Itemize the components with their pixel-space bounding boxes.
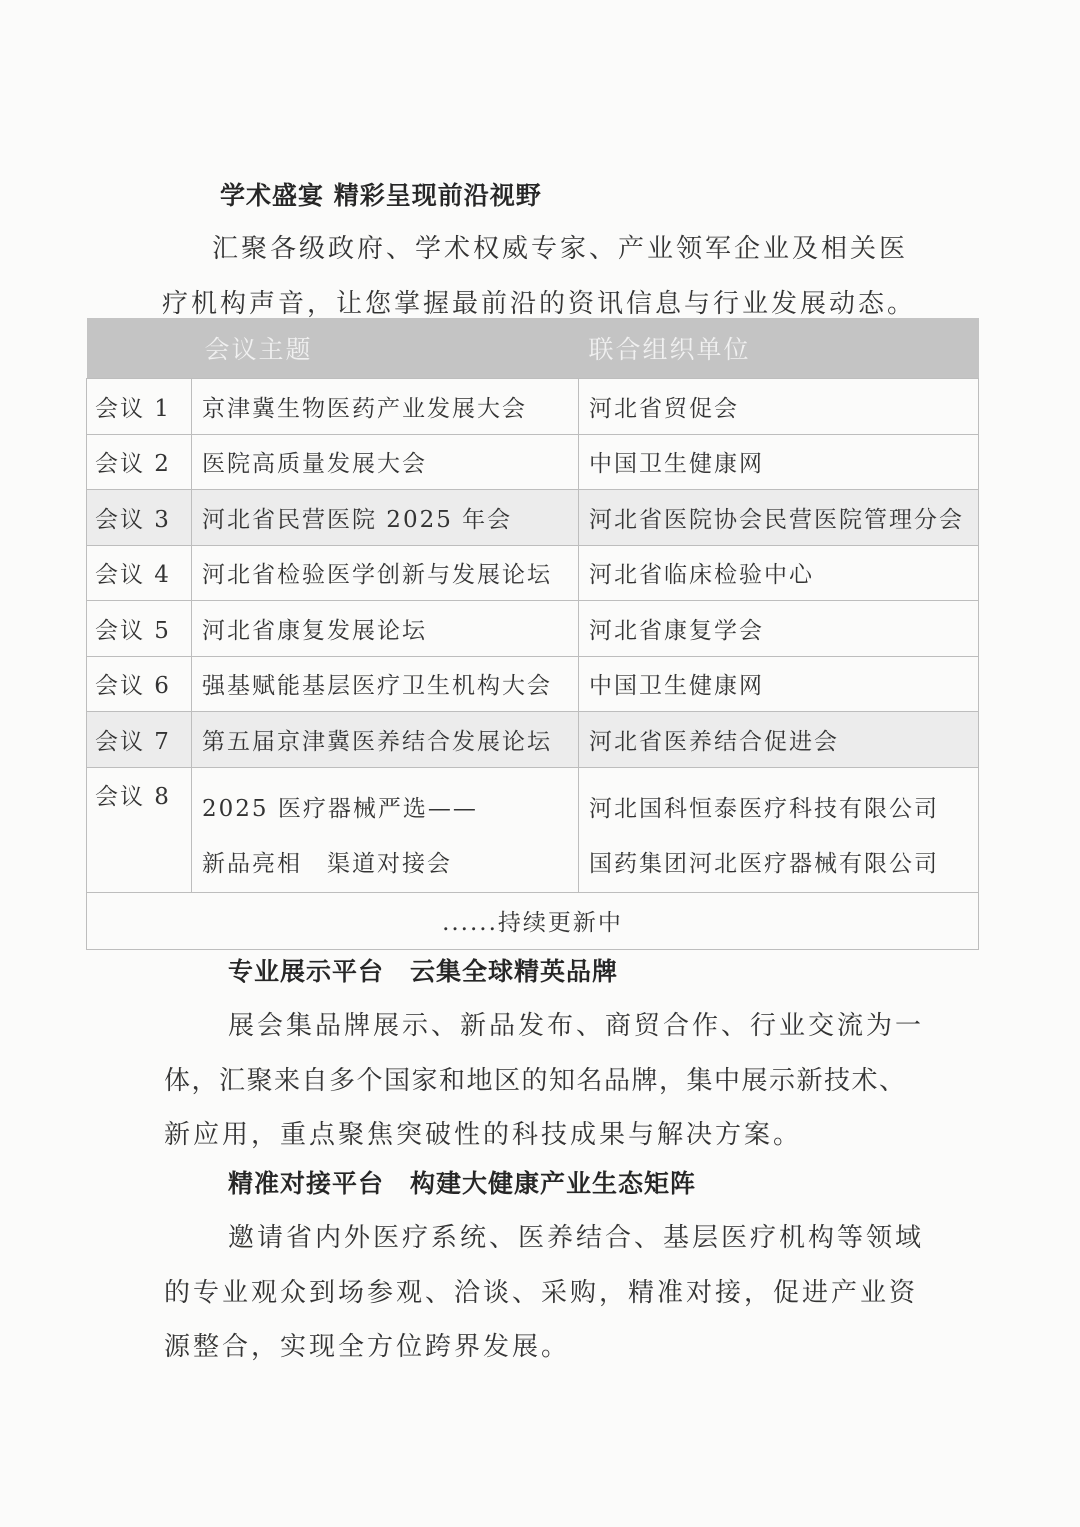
table-row: 会议 1 京津冀生物医药产业发展大会 河北省贸促会 (87, 379, 979, 435)
row-topic: 医院高质量发展大会 (192, 434, 579, 490)
row-topic: 2025 医疗器械严选—— 新品亮相 渠道对接会 (192, 767, 579, 892)
row-index: 会议 3 (87, 490, 192, 546)
row-topic: 河北省康复发展论坛 (192, 601, 579, 657)
row-organizer: 河北省临床检验中心 (579, 545, 979, 601)
header-organizer: 联合组织单位 (579, 318, 979, 379)
document-page: 学术盛宴 精彩呈现前沿视野 汇聚各级政府、学术权威专家、产业领军企业及相关医 疗… (0, 0, 1080, 1527)
conference-table: 会议主题 联合组织单位 会议 1 京津冀生物医药产业发展大会 河北省贸促会 会议… (86, 318, 979, 950)
section-heading-exhibition: 专业展示平台 云集全球精英品牌 (228, 952, 618, 988)
row-topic-line: 2025 医疗器械严选—— (202, 782, 568, 837)
table-row: 会议 4 河北省检验医学创新与发展论坛 河北省临床检验中心 (87, 545, 979, 601)
table-row: 会议 2 医院高质量发展大会 中国卫生健康网 (87, 434, 979, 490)
paragraph-line: 的专业观众到场参观、洽谈、采购，精准对接，促进产业资 (164, 1272, 918, 1309)
row-organizer: 河北省医院协会民营医院管理分会 (579, 490, 979, 546)
row-organizer: 河北省贸促会 (579, 379, 979, 435)
paragraph-line: 汇聚各级政府、学术权威专家、产业领军企业及相关医 (212, 228, 908, 265)
row-organizer: 中国卫生健康网 (579, 656, 979, 712)
row-index: 会议 5 (87, 601, 192, 657)
row-topic: 河北省民营医院 2025 年会 (192, 490, 579, 546)
row-organizer: 中国卫生健康网 (579, 434, 979, 490)
row-topic-line: 新品亮相 渠道对接会 (202, 837, 568, 892)
paragraph-line: 邀请省内外医疗系统、医养结合、基层医疗机构等领域 (228, 1217, 924, 1254)
table-row: 会议 3 河北省民营医院 2025 年会 河北省医院协会民营医院管理分会 (87, 490, 979, 546)
row-index: 会议 8 (87, 767, 192, 892)
table-footer-text: ......持续更新中 (87, 892, 979, 949)
row-organizer: 河北省康复学会 (579, 601, 979, 657)
section-heading-academic: 学术盛宴 精彩呈现前沿视野 (220, 176, 542, 212)
row-topic: 京津冀生物医药产业发展大会 (192, 379, 579, 435)
paragraph-line: 新应用，重点聚焦突破性的科技成果与解决方案。 (164, 1114, 802, 1151)
table-row: 会议 5 河北省康复发展论坛 河北省康复学会 (87, 601, 979, 657)
header-topic: 会议主题 (87, 318, 579, 379)
row-organizer: 河北国科恒泰医疗科技有限公司 国药集团河北医疗器械有限公司 (579, 767, 979, 892)
row-index: 会议 2 (87, 434, 192, 490)
row-organizer-line: 国药集团河北医疗器械有限公司 (589, 837, 968, 892)
row-topic: 河北省检验医学创新与发展论坛 (192, 545, 579, 601)
table-row: 会议 7 第五届京津冀医养结合发展论坛 河北省医养结合促进会 (87, 712, 979, 768)
table-footer-row: ......持续更新中 (87, 892, 979, 949)
row-organizer: 河北省医养结合促进会 (579, 712, 979, 768)
paragraph-line: 展会集品牌展示、新品发布、商贸合作、行业交流为一 (228, 1005, 924, 1042)
table-row: 会议 8 2025 医疗器械严选—— 新品亮相 渠道对接会 河北国科恒泰医疗科技… (87, 767, 979, 892)
table-header-row: 会议主题 联合组织单位 (87, 318, 979, 379)
row-index: 会议 4 (87, 545, 192, 601)
row-index: 会议 6 (87, 656, 192, 712)
row-index: 会议 1 (87, 379, 192, 435)
row-topic: 强基赋能基层医疗卫生机构大会 (192, 656, 579, 712)
section-heading-matchmaking: 精准对接平台 构建大健康产业生态矩阵 (228, 1164, 696, 1200)
row-topic: 第五届京津冀医养结合发展论坛 (192, 712, 579, 768)
row-index: 会议 7 (87, 712, 192, 768)
row-organizer-line: 河北国科恒泰医疗科技有限公司 (589, 782, 968, 837)
paragraph-line: 源整合，实现全方位跨界发展。 (164, 1326, 570, 1363)
paragraph-line: 体，汇聚来自多个国家和地区的知名品牌，集中展示新技术、 (164, 1060, 907, 1097)
paragraph-line: 疗机构声音，让您掌握最前沿的资讯信息与行业发展动态。 (162, 283, 916, 320)
table-row: 会议 6 强基赋能基层医疗卫生机构大会 中国卫生健康网 (87, 656, 979, 712)
